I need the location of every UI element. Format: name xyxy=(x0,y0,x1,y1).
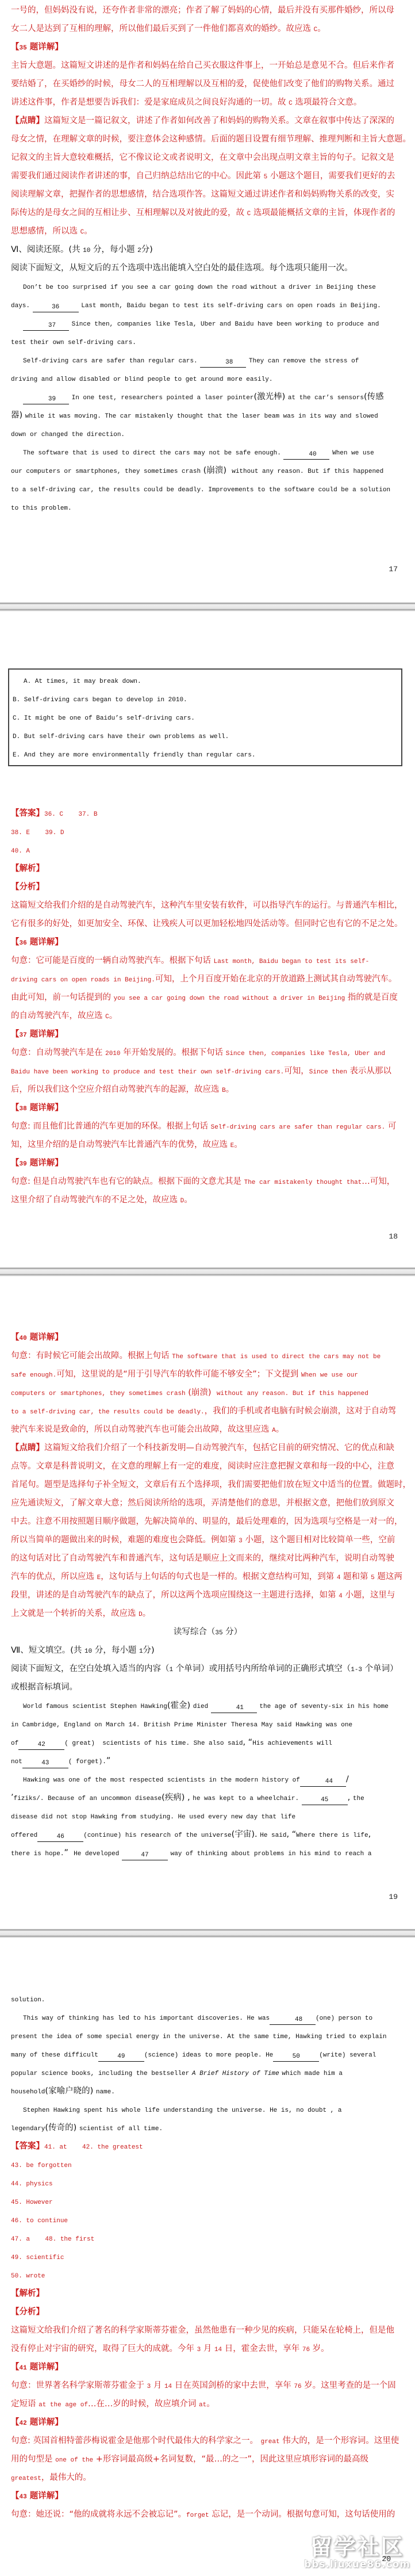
analysis-line: 【43 题详解】 xyxy=(0,2487,415,2505)
latin-text: in Cambridge, England on March 14. Briti… xyxy=(11,1722,352,1729)
passage-line: in Cambridge, England on March 14. Briti… xyxy=(0,1715,415,1733)
latin-text: 38. E 39. D xyxy=(11,830,64,836)
latin-text: at xyxy=(199,2402,206,2409)
latin-text: which made him a xyxy=(282,2070,343,2077)
passage-line: offered46(continue) his research of the … xyxy=(0,1825,415,1844)
page-number: 19 xyxy=(0,1888,415,1906)
latin-text: The car mistakenly thought that xyxy=(244,1179,362,1186)
latin-text: (one) person to xyxy=(316,2015,372,2022)
bracket-label: 【分析】 xyxy=(11,2307,44,2317)
analysis-line: 【点睛】这篇短文是一篇记叙文，讲述了作者如何改善了和妈妈的购物关系。文章在叙事中… xyxy=(0,112,415,130)
bracket-label: 【42 题详解】 xyxy=(11,2418,63,2427)
document-page-17: 一号的，但妈妈没有说，还夸作者非常的漂亮；作者了解了妈妈的心情，最后并没有买那件… xyxy=(0,0,415,602)
latin-text: safe enough. xyxy=(11,1372,56,1379)
analysis-line: 思想感情，所以选 C。 xyxy=(0,222,415,240)
latin-text: forget xyxy=(186,2512,209,2519)
passage-line: popular science books, including the bes… xyxy=(0,2063,415,2082)
latin-text: there is hope. xyxy=(11,1851,64,1858)
latin-text: to a self-driving car, the results could… xyxy=(11,1409,205,1416)
latin-text: 41. at 42. the greatest xyxy=(44,2144,143,2151)
latin-text: 45. However xyxy=(11,2199,53,2206)
passage-line: household(家喻户晓的) name. xyxy=(0,2082,415,2100)
passage-line: B. Self-driving cars began to develop in… xyxy=(9,690,401,708)
analysis-line: 38. E 39. D xyxy=(0,823,415,841)
latin-text: C xyxy=(289,100,293,107)
latin-text: Self-driving cars are safer than regular… xyxy=(211,1124,386,1131)
bracket-label: 【35 题详解】 xyxy=(11,43,63,52)
document-page-20: solution.This way of thinking has led to… xyxy=(0,1938,415,2576)
bracket-label: 【43 题详解】 xyxy=(11,2491,63,2501)
analysis-line: 主旨大意题。这篇短文讲述的是作者和妈妈在给自己买衣服这件事上，一开始总是意见不合… xyxy=(0,56,415,75)
passage-line: legendary(传奇的) scientist of all time. xyxy=(0,2119,415,2137)
latin-text: died xyxy=(193,1703,208,1710)
latin-text: the age of seventy-six in his home xyxy=(259,1703,388,1710)
passage-line: 39 In one test, researchers pointed a la… xyxy=(0,388,415,406)
analysis-line: 43. be forgotten xyxy=(0,2155,415,2174)
analysis-line: 【解析】 xyxy=(0,2284,415,2303)
latin-text: while it was moving. The car mistakenly … xyxy=(25,413,378,420)
blank-underline: 36 xyxy=(33,303,79,312)
analysis-line: 首尾句。题型是选择句子补全短文，文章后有五个选择项，我们需要把他们放在短文中适当… xyxy=(0,1476,415,1494)
analysis-line: 定短语 at the age of…在…岁的时候，故应填介词 at。 xyxy=(0,2395,415,2413)
analysis-line: 【答案】41. at 42. the greatest xyxy=(0,2137,415,2155)
analysis-line: 【35 题详解】 xyxy=(0,38,415,56)
latin-text: Last month, Baidu began to test its self… xyxy=(81,303,381,309)
analysis-line: 46. to continue xyxy=(0,2211,415,2229)
analysis-line: 知，这里介绍的是自动驾驶汽车比普通汽车的优势，故应选 E。 xyxy=(0,1136,415,1154)
analysis-line: 44. physics xyxy=(0,2174,415,2192)
latin-text: popular science books, including the bes… xyxy=(11,2070,189,2077)
latin-text: 76 xyxy=(294,2383,301,2390)
latin-text: World famous scientist Stephen Hawking xyxy=(23,1703,167,1710)
analysis-line: to a self-driving car, the results could… xyxy=(0,1402,415,1420)
bracket-label: 【答案】 xyxy=(11,2142,44,2151)
blank-underline: 48 xyxy=(270,2015,316,2025)
latin-text: 44. physics xyxy=(11,2181,53,2188)
passage-line: not43( forget).” xyxy=(0,1752,415,1770)
spacer xyxy=(0,766,415,804)
passage-line: ’fiziks/. Because of an uncommon disease… xyxy=(0,1788,415,1807)
latin-text: 35 xyxy=(215,1630,222,1637)
document-page-18: A. At times, it may break down.B. Self-d… xyxy=(0,611,415,1267)
latin-text: 37 xyxy=(20,1032,27,1039)
latin-text: the xyxy=(353,1795,364,1802)
latin-text: legendary xyxy=(11,2126,45,2132)
book-title-italic: A Brief History of Time xyxy=(192,2070,279,2077)
passage-line: D. But self-driving cars have their own … xyxy=(9,727,401,745)
latin-text: not xyxy=(11,1759,22,1765)
analysis-line: 要结婚了，在买婚纱的时候，母女二人的互相理解以及互相的爱，促使他们改变了他们的购… xyxy=(0,75,415,93)
analysis-line: 点等。文章是科普说明文，在文意的理解上有一定的难度，阅读时应注意把握文章和每一段… xyxy=(0,1457,415,1476)
latin-text: 76 xyxy=(302,2346,310,2353)
latin-text: without any reason. But if this happened xyxy=(232,468,383,475)
analysis-line: 【答案】36. C 37. B xyxy=(0,804,415,823)
latin-text: Where there is life xyxy=(296,1832,368,1839)
latin-text: driving cars on open roads in Beijing. xyxy=(11,977,155,984)
latin-text: 36. C 37. B xyxy=(44,811,97,818)
latin-text: 50. wrote xyxy=(11,2273,45,2280)
analysis-line: 句意：她还说：“他的成就将永远不会被忘记”。forget 忘记，是一个动词。根据… xyxy=(0,2505,415,2524)
passage-line: our computers or smartphones, they somet… xyxy=(0,461,415,480)
bracket-label: 【答案】 xyxy=(11,809,44,818)
blank-underline: 45 xyxy=(302,1795,348,1805)
latin-text: scientist of all time. xyxy=(79,2126,163,2132)
latin-text: many of these difficult xyxy=(11,2052,98,2059)
blank-underline: 47 xyxy=(122,1851,168,1860)
latin-text: solution. xyxy=(11,1997,45,2004)
bracket-label: 【点睛】 xyxy=(11,116,44,125)
latin-text: 3 xyxy=(239,1538,243,1545)
latin-text: (write) several xyxy=(319,2052,376,2059)
passage-line: to this problem. xyxy=(0,498,415,517)
analysis-line: 句意：它可能是百度的一辆自动驾驶汽车。根据下句话 Last month, Bai… xyxy=(0,951,415,970)
latin-text: (continue) his research of the universe xyxy=(83,1832,231,1839)
blank-underline: 39 xyxy=(23,395,69,404)
blank-underline: 40 xyxy=(283,450,329,460)
analysis-line: 49. scientific xyxy=(0,2248,415,2266)
analysis-line: 所以当简单的题做出来的时候，难题的难度也会降低。例如第 3 小题，这个题目相对比… xyxy=(0,1531,415,1549)
latin-text: 2010 xyxy=(105,1050,120,1057)
page-break xyxy=(0,602,415,611)
page-number: 20 xyxy=(382,2555,391,2563)
passage-line: to a self-driving car, the results could… xyxy=(0,480,415,498)
latin-text: Last month, Baidu began to test its self… xyxy=(214,958,370,965)
analysis-line: 用的句型是 one of the +形容词最高级+名词复数，“最…的之一”，因此… xyxy=(0,2450,415,2468)
analysis-line: 【分析】 xyxy=(0,878,415,896)
analysis-line: 记叙文的主旨大意较难概括，它不像议论文或者说明文，在文章中会出现点明文章主旨的句… xyxy=(0,148,415,167)
latin-text: household xyxy=(11,2089,45,2096)
analysis-line: 讲述这件事，作者是想要告诉我们：爱是家庭成员之间良好沟通的一切。故 C 选项最符… xyxy=(0,93,415,112)
analysis-line: 的这句话对比了自动驾驶汽车和普通汽车，这句话是顺应上文而来的，继续对比两种汽车，… xyxy=(0,1549,415,1568)
analysis-line: 际传达的是母女之间的互相让步、互相理解以及对彼此的爱，故 C 选项最能概括文章的… xyxy=(0,204,415,222)
analysis-line: computers or smartphones, they sometimes… xyxy=(0,1383,415,1402)
analysis-line: 它有很多的好处，如更加安全、环保、让残疾人可以更加轻松地四处活动等。但同时它也有… xyxy=(0,915,415,933)
latin-text: 38 xyxy=(20,1106,27,1113)
latin-text: When we use our xyxy=(301,1372,358,1379)
latin-text: days. xyxy=(11,303,30,309)
analysis-line: 【38 题详解】 xyxy=(0,1099,415,1117)
latin-text: present the idea of some special energy … xyxy=(11,2034,387,2040)
passage-line: A. At times, it may break down. xyxy=(9,671,401,690)
latin-text: Self-driving cars are safer than regular… xyxy=(23,358,198,365)
passage-line: E. And they are more environmentally fri… xyxy=(9,745,401,763)
passage-line: 器) while it was moving. The car mistaken… xyxy=(0,406,415,425)
blank-underline: 37 xyxy=(23,321,69,331)
analysis-line: 这篇短文给我们介绍了著名的科学家斯蒂芬霍金，虽然他患有一种少见的疾病，只能呆在轮… xyxy=(0,2321,415,2340)
analysis-line: 上文就是一个转折的关系，故应选 D。 xyxy=(0,1604,415,1623)
latin-text: His achievements will xyxy=(252,1740,332,1747)
latin-text: E xyxy=(97,1574,101,1581)
analysis-line: 这里介绍了自动驾驶汽车的不足之处，故应选 D。 xyxy=(0,1191,415,1209)
latin-text: When we use xyxy=(332,450,374,457)
latin-text: our computers or smartphones, they somet… xyxy=(11,468,201,475)
passage-line: down or changed the direction. xyxy=(0,425,415,443)
analysis-line: 【42 题详解】 xyxy=(0,2413,415,2432)
blank-underline: 50 xyxy=(273,2052,319,2062)
latin-text: Baidu have been working to produce and t… xyxy=(11,1069,284,1076)
passage-line: C. It might be one of Baidu’s self-drivi… xyxy=(9,708,401,727)
analysis-line: 45. However xyxy=(0,2192,415,2211)
analysis-line: 47. a 48. the first xyxy=(0,2229,415,2248)
latin-text: 41 xyxy=(20,2365,27,2372)
latin-text: at the car’s sensors xyxy=(288,395,364,402)
analysis-line: 这篇短文给我们介绍的是自动驾驶汽车，这种汽车里安装有软件，可以指导汽车的运行。与… xyxy=(0,896,415,915)
analysis-line: 汽车的优点，所以应选 E，这句话与上句话的句式也是一样的。根据文意结构可知，到第… xyxy=(0,1568,415,1586)
latin-text: 1-3 xyxy=(351,1667,362,1673)
analysis-line: 【41 题详解】 xyxy=(0,2358,415,2376)
spacer xyxy=(0,1862,415,1888)
page-break xyxy=(0,1267,415,1276)
latin-text: The software that is used to direct the … xyxy=(172,1354,381,1360)
latin-text: 10 xyxy=(84,1648,92,1655)
spacer xyxy=(0,1209,415,1228)
latin-text: 2 xyxy=(137,247,141,254)
latin-text: Since then, companies like Tesla, Uber a… xyxy=(72,321,379,328)
passage-line: Don’t be too surprised if you see a car … xyxy=(0,277,415,296)
latin-text: (science) ideas to more people. He xyxy=(144,2052,273,2059)
passage-line: Stephen Hawking spent his whole life und… xyxy=(0,2100,415,2119)
blank-underline: 46 xyxy=(37,1832,83,1842)
blank-underline: 41 xyxy=(211,1703,257,1713)
passage-line: of42( great) scientists of his time. She… xyxy=(0,1733,415,1752)
analysis-line: 段里，讲述的是自动驾驶汽车的缺点了，所以这两个选项应围绕这一主题进行选择，如第 … xyxy=(0,1586,415,1604)
latin-text: 4 xyxy=(337,1574,341,1581)
latin-text: This way of thinking has led to his impo… xyxy=(23,2015,270,2022)
latin-text: B. Self-driving cars began to develop in… xyxy=(13,697,187,704)
watermark: 留学社区bbs.liuxue86.com xyxy=(304,2536,410,2570)
document-page-19: 【40 题详解】句意：有时候它可能会出故障。根据上句话 The software… xyxy=(0,1276,415,1929)
latin-text: D. But self-driving cars have their own … xyxy=(13,733,229,740)
latin-text: 40. A xyxy=(11,848,30,855)
analysis-line: 句意: 而且他们比普通的汽车更加的环保。根据上句话 Self-driving c… xyxy=(0,1117,415,1136)
analysis-line: 【39 题详解】 xyxy=(0,1154,415,1172)
latin-text: Hawking was one of the most respected sc… xyxy=(23,1777,300,1784)
latin-text: C xyxy=(247,211,251,217)
latin-text: C xyxy=(314,26,318,33)
bracket-label: 【39 题详解】 xyxy=(11,1159,63,1168)
latin-text: He developed xyxy=(74,1851,119,1858)
latin-text: way of thinking about problems in his mi… xyxy=(171,1851,372,1858)
latin-text: Since then, companies like Tesla, Uber a… xyxy=(226,1050,385,1057)
latin-text: A xyxy=(272,1427,276,1434)
latin-text: 40 xyxy=(20,1335,27,1342)
latin-text: ( great) scientists of his time. She als… xyxy=(64,1740,243,1747)
latin-text: offered xyxy=(11,1832,37,1839)
latin-text: 14 xyxy=(164,2383,172,2390)
latin-text: 5 xyxy=(264,174,268,181)
passage-line: The software that is used to direct the … xyxy=(0,443,415,461)
latin-text: 5 xyxy=(371,1574,375,1581)
passage-line: present the idea of some special energy … xyxy=(0,2027,415,2045)
analysis-line: safe enough.可知，这里说的是“用于引导汽车的软件可能不够安全”；下文… xyxy=(0,1365,415,1383)
latin-text: 1 xyxy=(139,1648,143,1655)
latin-text: 39 xyxy=(20,1161,27,1168)
analysis-line: 【40 题详解】 xyxy=(0,1328,415,1347)
analysis-line: 应先通读短文，了解文章大意；然后阅读所给的选项，弄清楚他们的意思，并根据文意，把… xyxy=(0,1494,415,1512)
passage-line: Hawking was one of the most respected sc… xyxy=(0,1770,415,1788)
latin-text: computers or smartphones, they sometimes… xyxy=(11,1390,186,1397)
analysis-line: 【分析】 xyxy=(0,2303,415,2321)
passage-line: many of these difficult49(science) ideas… xyxy=(0,2045,415,2063)
passage-line: there is hope.” He developed 47 way of t… xyxy=(0,1844,415,1862)
latin-text: Stephen Hawking spent his whole life und… xyxy=(23,2107,342,2114)
latin-text: C xyxy=(105,1014,109,1021)
blank-underline: 49 xyxy=(98,2052,144,2062)
analysis-line: Baidu have been working to produce and t… xyxy=(0,1062,415,1080)
bracket-label: 【37 题详解】 xyxy=(11,1030,63,1039)
analysis-line: 【37 题详解】 xyxy=(0,1025,415,1044)
passage-line: solution. xyxy=(0,1990,415,2008)
latin-text: one of the xyxy=(55,2457,93,2464)
latin-text: C. It might be one of Baidu’s self-drivi… xyxy=(13,715,195,722)
latin-text: Since then xyxy=(309,1069,347,1076)
latin-text: The software that is used to direct the … xyxy=(23,450,281,457)
analysis-line: 中去。注意不用按照题目顺序做题，先解决简单的、明显的，最后处理难的，因为选项与空… xyxy=(0,1512,415,1531)
latin-text: disease did not stop Hawking from studyi… xyxy=(11,1814,295,1821)
analysis-line: 驶汽车来说是致命的，所以自动驾驶汽车也可能会出故障，故这里应选 A。 xyxy=(0,1420,415,1439)
latin-text: 14 xyxy=(214,2346,222,2353)
latin-text: test their own self-driving cars. xyxy=(11,339,136,346)
latin-text: 43. be forgotten xyxy=(11,2162,72,2169)
latin-text: 10 xyxy=(83,247,90,254)
passage-line: days. 36 Last month, Baidu began to test… xyxy=(0,296,415,314)
watermark-site-url: bbs.liuxue86.com xyxy=(304,2559,410,2570)
latin-text: 47. a 48. the first xyxy=(11,2236,94,2243)
bracket-label: 【解析】 xyxy=(11,2289,44,2298)
passage-line: 阅读下面短文，在空白处填入适当的内容（1 个单词）或用括号内所给单词的正确形式填… xyxy=(0,1660,415,1678)
passage-line: 读写综合（35 分） xyxy=(0,1623,415,1641)
spacer xyxy=(0,611,415,668)
passage-line: 阅读下面短文，从短文后的五个选项中选出能填入空白处的最佳选项。每个选项只能用一次… xyxy=(0,259,415,277)
latin-text: he was kept to a wheelchair. xyxy=(193,1795,299,1802)
latin-text: at the age of xyxy=(39,2402,88,2409)
latin-text: without any reason. But if this happened xyxy=(217,1390,368,1397)
latin-text: 35 xyxy=(20,45,27,52)
bracket-label: 【分析】 xyxy=(11,882,44,892)
latin-text: ( forget). xyxy=(68,1759,106,1765)
bracket-label: 【38 题详解】 xyxy=(11,1103,63,1113)
analysis-line: 50. wrote xyxy=(0,2266,415,2284)
passage-line: Ⅶ、短文填空。(共 10 分，每小题 1分) xyxy=(0,1641,415,1660)
analysis-line: 后，所以我们这个空应介绍自动驾驶汽车的起源，故应选 B。 xyxy=(0,1080,415,1099)
bracket-label: 【40 题详解】 xyxy=(11,1333,63,1342)
passage-line: 或根据音标填词。 xyxy=(0,1678,415,1696)
passage-line: Ⅵ、阅读还原。(共 10 分，每小题 2分) xyxy=(0,240,415,259)
analysis-line: 句意：自动驾驶汽车是在 2010 年开始发展的。根据下句话 Since then… xyxy=(0,1044,415,1062)
latin-text: of xyxy=(11,1740,18,1747)
spacer xyxy=(0,1276,415,1328)
analysis-line: greatest，最伟大的。 xyxy=(0,2468,415,2487)
analysis-line: 句意: 但是自动驾驶汽车也有它的缺点。根据下面的文意尤其是 The car mi… xyxy=(0,1172,415,1191)
blank-underline: 43 xyxy=(22,1759,68,1768)
analysis-line: 阅读理解文章，把握作者的思想感情，结合选项作答。这篇短文通过讲述作者和妈妈购物关… xyxy=(0,185,415,204)
latin-text: He said xyxy=(260,1832,286,1839)
latin-text: driving and allow disabled or blind peop… xyxy=(11,376,272,383)
analysis-line: 女二人是达到了互相的理解，所以他们最后买到了一件他们都喜欢的婚纱。故应选 C。 xyxy=(0,20,415,38)
bracket-label: 【解析】 xyxy=(11,864,44,873)
latin-text: 3 xyxy=(147,2383,151,2390)
page-number: 18 xyxy=(0,1228,415,1246)
analysis-line: 【解析】 xyxy=(0,859,415,878)
analysis-line: driving cars on open roads in Beijing.可知… xyxy=(0,970,415,988)
passage-line: 37 Since then, companies like Tesla, Ube… xyxy=(0,314,415,332)
latin-text: 43 xyxy=(20,2494,27,2501)
latin-text: great xyxy=(261,2439,280,2445)
page-break xyxy=(0,1929,415,1938)
exam-answer-document: 一号的，但妈妈没有说，还夸作者非常的漂亮；作者了解了妈妈的心情，最后并没有买那件… xyxy=(0,0,415,2576)
spacer xyxy=(0,517,415,560)
bracket-label: 【36 题详解】 xyxy=(11,938,63,947)
analysis-line: 句意: 英国首相特蕾莎梅说霍金是他那个时代最伟大的科学家之一。 great 伟大… xyxy=(0,2432,415,2450)
analysis-line: 需要我们通过阅读作者讲述的事，自己归纳总结出它的中心。因此第 5 小题这个题目，… xyxy=(0,167,415,185)
latin-text: D xyxy=(180,1198,185,1205)
latin-text: 49. scientific xyxy=(11,2254,64,2261)
watermark-site-name: 留学社区 xyxy=(304,2536,410,2560)
latin-text: 4 xyxy=(339,1593,343,1600)
latin-text: 3 xyxy=(197,2346,201,2353)
latin-text: greatest xyxy=(11,2475,41,2482)
analysis-line: 一号的，但妈妈没有说，还夸作者非常的漂亮；作者了解了妈妈的心情，最后并没有买那件… xyxy=(0,1,415,20)
passage-line: This way of thinking has led to his impo… xyxy=(0,2008,415,2027)
blank-underline: 38 xyxy=(200,358,246,368)
passage-line: test their own self-driving cars. xyxy=(0,332,415,351)
latin-text: down or changed the direction. xyxy=(11,431,125,438)
latin-text: They can remove the stress of xyxy=(249,358,359,365)
analysis-line: 母女之情，在理解文章的时候，要注意体会这种感情。后面的题目设置有细节理解、推理判… xyxy=(0,130,415,148)
analysis-line: 由此可知，前一句话提到的 you see a car going down th… xyxy=(0,988,415,1007)
analysis-line: 句意：有时候它可能会出故障。根据上句话 The software that is… xyxy=(0,1347,415,1365)
bracket-label: 【点睛】 xyxy=(11,1443,44,1453)
bracket-label: 【41 题详解】 xyxy=(11,2363,63,2372)
blank-underline: 42 xyxy=(18,1740,64,1750)
latin-text: fiziks/. Because of an uncommon disease xyxy=(14,1795,162,1802)
analysis-line: 没有停止对宇宙的研究，取得了巨大的成就。今年 3 月 14 日，霍金去世，享年 … xyxy=(0,2340,415,2358)
analysis-line: 【点睛】这篇短文给我们介绍了一个科技新发明—自动驾驶汽车，包括它目前的研究情况、… xyxy=(0,1439,415,1457)
latin-text: A. At times, it may break down. xyxy=(24,678,141,685)
latin-text: C xyxy=(80,229,84,236)
spacer xyxy=(0,1938,415,1990)
analysis-line: 40. A xyxy=(0,841,415,859)
latin-text: E. And they are more environmentally fri… xyxy=(13,752,255,759)
page-number: 17 xyxy=(0,560,415,579)
latin-text: 42 xyxy=(20,2420,27,2427)
latin-text: E xyxy=(230,1142,235,1149)
passage-line: World famous scientist Stephen Hawking(霍… xyxy=(0,1696,415,1715)
latin-text: D xyxy=(139,1611,143,1618)
analysis-line: 【36 题详解】 xyxy=(0,933,415,951)
latin-text: B xyxy=(222,1087,226,1094)
latin-text: In one test, researchers pointed a laser… xyxy=(72,395,254,402)
blank-underline: 44 xyxy=(300,1777,346,1787)
analysis-line: 的自动驾驶汽车，故应选 C。 xyxy=(0,1007,415,1025)
latin-text: name. xyxy=(96,2089,115,2096)
latin-text: to this problem. xyxy=(11,505,72,512)
passage-line: disease did not stop Hawking from studyi… xyxy=(0,1807,415,1825)
latin-text: 46. to continue xyxy=(11,2218,68,2225)
analysis-line: 句意：世界著名科学家斯蒂芬霍金于 3 月 14 日在英国剑桥的家中去世，享年 7… xyxy=(0,2376,415,2395)
latin-text: 36 xyxy=(20,940,27,947)
latin-text: you see a car going down the road withou… xyxy=(114,995,345,1002)
latin-text: to a self-driving car, the results could… xyxy=(11,487,390,494)
latin-text: 1 xyxy=(170,1667,174,1673)
options-box: A. At times, it may break down.B. Self-d… xyxy=(8,668,402,766)
passage-line: driving and allow disabled or blind peop… xyxy=(0,369,415,388)
latin-text: Don’t be too surprised if you see a car … xyxy=(23,284,376,291)
passage-line: Self-driving cars are safer than regular… xyxy=(0,351,415,369)
